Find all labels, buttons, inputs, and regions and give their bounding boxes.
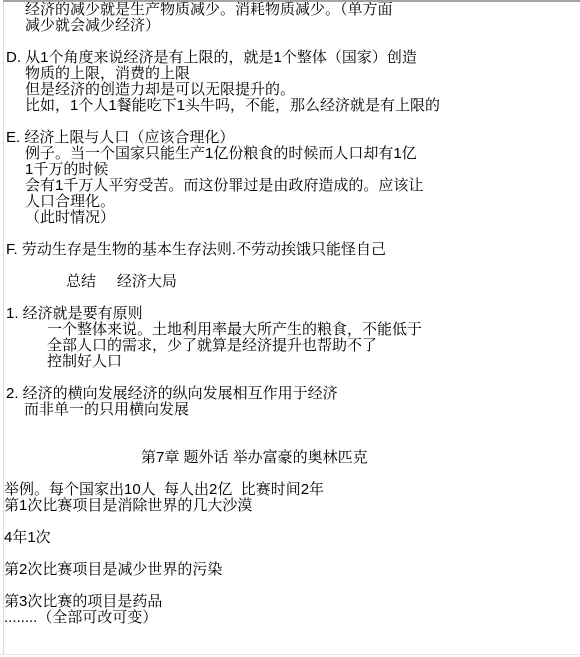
text-line: 比如，1个人1餐能吃下1头牛吗，不能，那么经济就是有上限的	[4, 98, 580, 114]
text-line	[4, 514, 580, 530]
text-line: 2. 经济的横向发展经济的纵向发展相互作用于经济	[4, 386, 580, 402]
text-line: 例子。当一个国家只能生产1亿份粮食的时候而人口却有1亿	[4, 146, 580, 162]
bottom-border-line	[0, 654, 580, 655]
text-line	[4, 34, 580, 50]
text-line: 第2次比赛项目是减少世界的污染	[4, 562, 580, 578]
text-line	[4, 434, 580, 450]
text-line	[4, 578, 580, 594]
text-line	[4, 370, 580, 386]
text-line: 物质的上限，消费的上限	[4, 66, 580, 82]
text-line: 经济的减少就是生产物质减少。消耗物质减少。（单方面	[4, 2, 580, 18]
text-line: ........（全部可改可变）	[4, 610, 580, 626]
text-line: 第7章 题外话 举办富豪的奥林匹克	[4, 450, 580, 466]
text-line: F. 劳动生存是生物的基本生存法则.不劳动挨饿只能怪自己	[4, 242, 580, 258]
text-line: 1. 经济就是要有原则	[4, 306, 580, 322]
text-line: 但是经济的创造力却是可以无限提升的。	[4, 82, 580, 98]
text-line: 一个整体来说。土地利用率最大所产生的粮食，不能低于	[4, 322, 580, 338]
document-page: 经济的减少就是生产物质减少。消耗物质减少。（单方面减少就会减少经济）D. 从1个…	[0, 0, 580, 657]
text-line: D. 从1个角度来说经济是有上限的，就是1个整体（国家）创造	[4, 50, 580, 66]
text-line: 第3次比赛的项目是药品	[4, 594, 580, 610]
text-line: 人口合理化。	[4, 194, 580, 210]
text-line: 减少就会减少经济）	[4, 18, 580, 34]
text-line: 控制好人口	[4, 354, 580, 370]
text-line: 1千万的时候	[4, 162, 580, 178]
text-line: 而非单一的只用横向发展	[4, 402, 580, 418]
text-line: 总结 经济大局	[4, 274, 580, 290]
text-line: 举例。每个国家出10人 每人出2亿 比赛时间2年	[4, 482, 580, 498]
text-line: E. 经济上限与人口（应该合理化）	[4, 130, 580, 146]
text-line: （此时情况）	[4, 210, 580, 226]
text-line	[4, 546, 580, 562]
text-line	[4, 418, 580, 434]
text-line	[4, 466, 580, 482]
text-line: 4年1次	[4, 530, 580, 546]
text-line	[4, 258, 580, 274]
text-line: 会有1千万人平穷受苦。而这份罪过是由政府造成的。应该让	[4, 178, 580, 194]
text-line	[4, 290, 580, 306]
text-line: 第1次比赛项目是消除世界的几大沙漠	[4, 498, 580, 514]
text-line: 全部人口的需求，少了就算是经济提升也帮助不了	[4, 338, 580, 354]
document-text[interactable]: 经济的减少就是生产物质减少。消耗物质减少。（单方面减少就会减少经济）D. 从1个…	[4, 2, 580, 654]
text-line	[4, 226, 580, 242]
text-line	[4, 114, 580, 130]
